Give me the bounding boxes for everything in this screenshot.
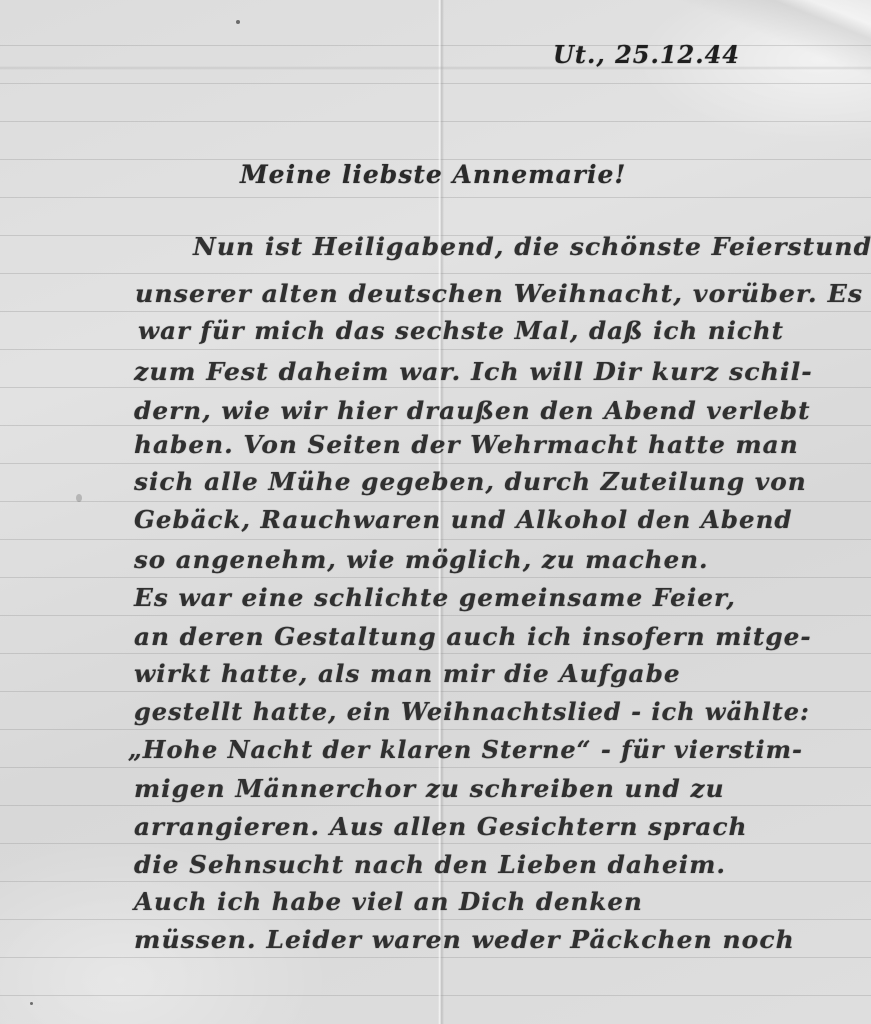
body-line: arrangieren. Aus allen Gesichtern sprach (134, 812, 748, 841)
body-line: war für mich das sechste Mal, daß ich ni… (138, 316, 784, 345)
ink-speck (236, 20, 240, 24)
paper-stain (76, 494, 82, 502)
body-line: „Hohe Nacht der klaren Sterne“ - für vie… (128, 735, 803, 764)
body-line: migen Männerchor zu schreiben und zu (134, 774, 725, 803)
body-line: gestellt hatte, ein Weihnachtslied - ich… (134, 697, 810, 726)
body-line: die Sehnsucht nach den Lieben daheim. (134, 850, 726, 879)
body-line: unserer alten deutschen Weihnacht, vorüb… (135, 279, 863, 308)
body-line: müssen. Leider waren weder Päckchen noch (134, 925, 795, 954)
body-line: Nun ist Heiligabend, die schönste Feiers… (193, 232, 871, 261)
letter-date: Ut., 25.12.44 (553, 40, 740, 69)
body-line: Gebäck, Rauchwaren und Alkohol den Abend (134, 505, 793, 534)
ink-speck (30, 1002, 33, 1005)
body-line: Es war eine schlichte gemeinsame Feier, (134, 583, 736, 612)
body-line: an deren Gestaltung auch ich insofern mi… (134, 622, 812, 651)
body-line: so angenehm, wie möglich, zu machen. (134, 545, 709, 574)
letter-page: Ut., 25.12.44 Meine liebste Annemarie! N… (0, 0, 871, 1024)
horizontal-fold-crease (0, 66, 871, 70)
body-line: wirkt hatte, als man mir die Aufgabe (134, 659, 681, 688)
body-line: dern, wie wir hier draußen den Abend ver… (134, 396, 811, 425)
letter-salutation: Meine liebste Annemarie! (240, 160, 626, 189)
body-line: sich alle Mühe gegeben, durch Zuteilung … (134, 467, 807, 496)
body-line: Auch ich habe viel an Dich denken (134, 887, 643, 916)
body-line: haben. Von Seiten der Wehrmacht hatte ma… (134, 430, 799, 459)
body-line: zum Fest daheim war. Ich will Dir kurz s… (134, 357, 813, 386)
